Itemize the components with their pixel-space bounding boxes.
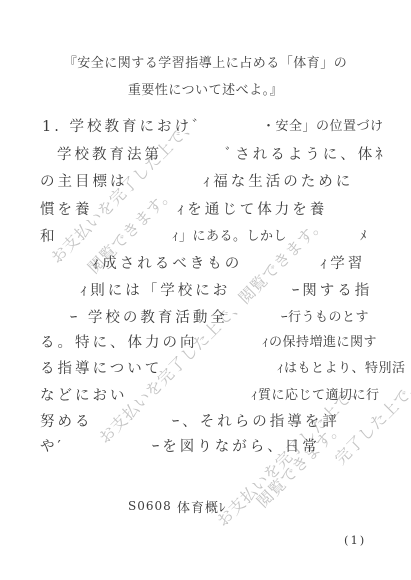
body-text-segment: る。特に、体力の向 <box>40 336 198 351</box>
pay-to-view-watermark: 閲覧できます。 <box>254 419 346 511</box>
document-title-line2: 重要性について述べよ。』 <box>0 79 411 98</box>
body-text-segment: ｨはもとより、特別活 <box>277 362 406 375</box>
course-code: S0608 <box>128 499 172 513</box>
document-title-line1: 『安全に関する学習指導上に占める「体育」の <box>0 52 411 71</box>
body-text-segment: ｰを図りながら、日常 <box>152 440 320 455</box>
body-text-segment: 和 <box>40 230 58 245</box>
body-text-segment: の主目標は <box>40 175 128 190</box>
body-text-segment: ｨ質に応じて適切に行 <box>251 389 380 402</box>
page-number: (1) <box>344 533 366 547</box>
body-text-segment: ｰ、それらの指導を評 <box>172 415 340 430</box>
body-text-segment: ｨを通じて体力を養 <box>177 203 327 218</box>
body-text-segment: ｰ行うものとす <box>281 311 369 324</box>
body-text-segment: ｰ関する指 <box>292 284 372 299</box>
body-text-segment: 学校教育法第 <box>57 148 162 163</box>
body-text-segment: ｨ則には「学校にお <box>80 284 230 299</box>
body-text-segment: ﾞされるように、体ﾈ <box>225 148 386 163</box>
body-text-segment: る指導について <box>40 362 162 377</box>
body-text-segment: ｨ学習 <box>320 257 365 272</box>
body-text-segment: ・安全」の位置づけ <box>262 120 384 133</box>
scanned-document-page: 『安全に関する学習指導上に占める「体育」の 重要性について述べよ。』 お支払いを… <box>0 0 411 580</box>
body-text-segment: ｨ」にある。しかし <box>172 230 287 243</box>
body-text-segment: ｨ福な生活のために <box>203 175 353 190</box>
body-text-segment: 1. 学校教育におけ゛ <box>42 120 209 135</box>
body-text-segment: ｨの保持増進に関す <box>262 336 377 349</box>
body-text-segment: 慣を養 <box>40 203 93 218</box>
body-text-segment: ｨ成されるべきもの <box>92 257 242 272</box>
body-text-segment: ｰ 学校の教育活動全 <box>70 311 228 326</box>
course-title: 体育概ﾚ <box>177 497 227 516</box>
body-text-segment: や′ <box>40 440 64 455</box>
body-text-segment: などにおい <box>40 389 128 404</box>
body-text-segment: 努める <box>40 415 93 430</box>
body-text-segment: ﾒ <box>360 230 367 243</box>
pay-to-view-watermark: お支払いを完了した上で、閲覧できます。 <box>96 215 328 447</box>
